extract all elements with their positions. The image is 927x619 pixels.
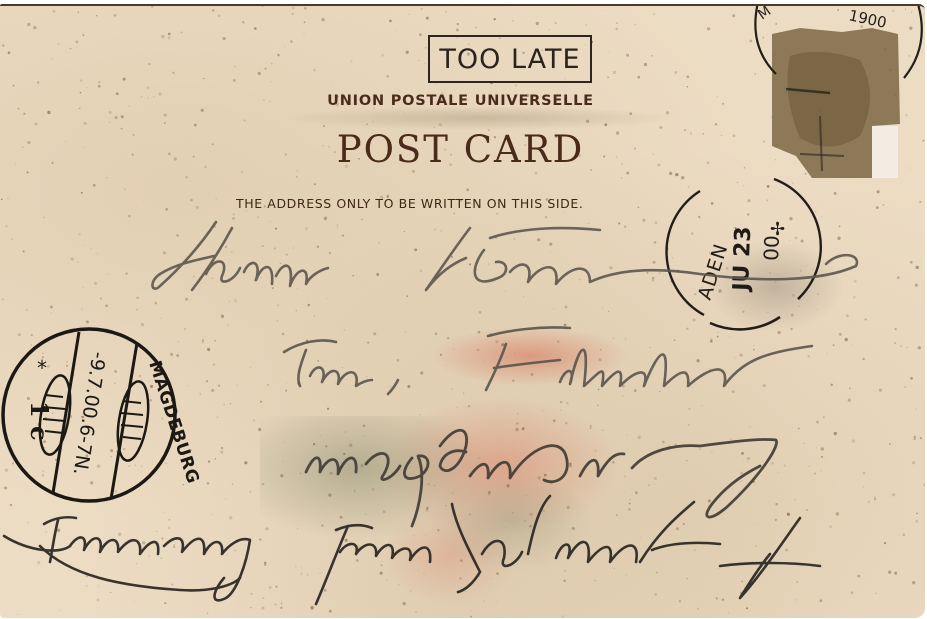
handwriting-line-4: [4, 496, 820, 604]
aden-postmark-place: ADEN: [694, 241, 733, 303]
magdeburg-postmark-place: MAGDEBURG: [144, 358, 203, 486]
magdeburg-postmark-letters: 1 c: [25, 401, 54, 441]
magdeburg-postmark: -9.7.00.6-7N. MAGDEBURG 1 c *: [3, 329, 203, 501]
magdeburg-postmark-date: -9.7.00.6-7N.: [69, 350, 110, 477]
aden-postmark: ADEN JU 23 00 ✢: [667, 179, 821, 329]
aden-postmark-date: JU 23: [729, 226, 756, 293]
svg-text:M: M: [755, 6, 774, 23]
svg-text:✢: ✢: [770, 219, 785, 240]
postcard: TOO LATE UNION POSTALE UNIVERSELLE POST …: [0, 4, 925, 618]
handwriting-line-2: [284, 327, 812, 394]
stamp-remnant: [772, 28, 900, 178]
partial-postmark-year: 1900: [847, 6, 888, 32]
overlay: 1900 M ADEN JU 23 00 ✢: [0, 6, 925, 618]
magdeburg-postmark-star: *: [37, 356, 47, 380]
